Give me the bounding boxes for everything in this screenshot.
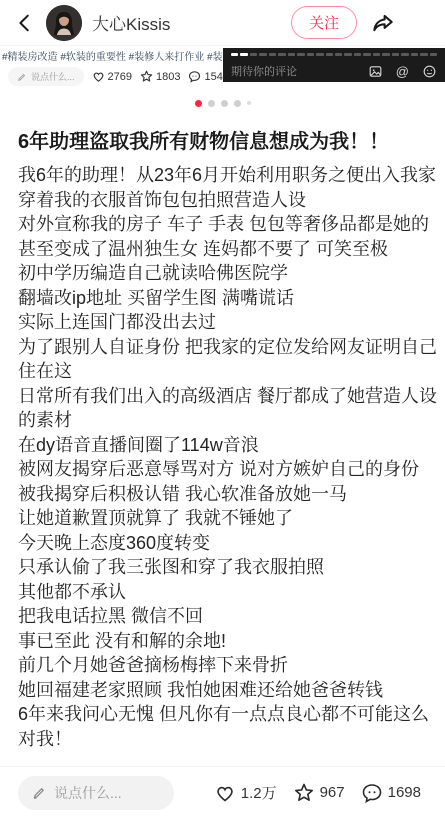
progress-segment — [411, 53, 418, 56]
pencil-icon — [17, 72, 27, 82]
post-text-line: 只承认偷了我三张图和穿了我衣服拍照 — [18, 555, 427, 580]
like-count: 1.2万 — [241, 782, 277, 803]
pencil-icon — [32, 785, 47, 800]
post-text-line: 我6年的助理！从23年6月开始利用职务之便出入我家 — [18, 163, 427, 188]
back-button[interactable] — [12, 10, 38, 36]
post-text-line: 她回福建老家照顾 我怕她困难还给她爸爸转钱 — [18, 678, 427, 703]
comment-bubble-icon — [360, 781, 384, 805]
carousel-dot — [208, 100, 215, 107]
progress-segment — [240, 53, 247, 56]
mini-collect-button[interactable]: 1803 — [139, 69, 180, 84]
progress-segment — [231, 53, 238, 56]
mini-comment-count: 154 — [204, 71, 222, 83]
post-text-line: 穿着我的衣服首饰包包拍照营造人设 — [18, 188, 427, 213]
progress-segment — [250, 53, 257, 56]
comment-bubble-icon — [187, 69, 202, 84]
progress-segment — [297, 53, 304, 56]
star-icon — [292, 781, 316, 805]
post-text-line: 被我揭穿后积极认错 我心软准备放她一马 — [18, 482, 427, 507]
comments-button[interactable]: 1698 — [360, 781, 421, 805]
mini-like-button[interactable]: 2769 — [91, 69, 132, 84]
preview-strip: #精装房改造 #软装的重要性 #装修人来打作业 #装修前后 说点什么... 27… — [0, 46, 445, 92]
like-button[interactable]: 1.2万 — [213, 781, 277, 805]
progress-segment — [420, 53, 427, 56]
post-text-line: 其他都不承认 — [18, 580, 427, 605]
chevron-left-icon — [14, 12, 36, 34]
overlay-comment-row: 期待你的评论 @ — [231, 63, 437, 79]
collect-count: 967 — [320, 784, 345, 801]
mini-collect-count: 1803 — [156, 71, 180, 83]
top-bar: 大心Kissis 关注 — [0, 0, 445, 46]
post-text-line: 翻墙改ip地址 买留学生图 满嘴谎话 — [18, 286, 427, 311]
post-body: 我6年的助理！从23年6月开始利用职务之便出入我家穿着我的衣服首饰包包拍照营造人… — [18, 163, 427, 751]
carousel-page-dots — [0, 92, 445, 114]
post-title: 6年助理盗取我所有财物信息想成为我！！ — [18, 129, 427, 155]
mention-at-icon[interactable]: @ — [396, 65, 409, 78]
post-text-line: 事已至此 没有和解的余地! — [18, 629, 427, 654]
carousel-dot — [195, 100, 202, 107]
post-text-line: 前几个月她爸爸摘杨梅摔下来骨折 — [18, 653, 427, 678]
post-text-line: 在dy语音直播间圈了114w音浪 — [18, 433, 427, 458]
progress-segment — [316, 53, 323, 56]
progress-segment — [382, 53, 389, 56]
user-name[interactable]: 大心Kissis — [92, 10, 170, 35]
carousel-dot — [234, 100, 241, 107]
image-icon[interactable] — [368, 64, 383, 79]
post-text-line: 把我电话拉黑 微信不回 — [18, 604, 427, 629]
progress-segment — [307, 53, 314, 56]
post-content: 6年助理盗取我所有财物信息想成为我！！ 我6年的助理！从23年6月开始利用职务之… — [0, 114, 445, 766]
mini-comment-button[interactable]: 154 — [187, 69, 222, 84]
progress-segment — [344, 53, 351, 56]
progress-segment — [269, 53, 276, 56]
mini-engagement-bar: 说点什么... 2769 1803 154 — [0, 63, 223, 86]
post-text-line: 被网友揭穿后恶意辱骂对方 说对方嫉妒自己的身份 — [18, 457, 427, 482]
hashtags[interactable]: #精装房改造 #软装的重要性 #装修人来打作业 #装修前后 — [0, 46, 223, 63]
post-text-line: 6年来我问心无愧 但凡你有一点点良心都不可能这么 — [18, 702, 427, 727]
post-text-line: 的素材 — [18, 408, 427, 433]
avatar[interactable] — [46, 5, 82, 41]
progress-segment — [335, 53, 342, 56]
post-text-line: 住在这 — [18, 359, 427, 384]
post-text-line: 让她道歉置顶就算了 我就不锤她了 — [18, 506, 427, 531]
heart-icon — [91, 69, 106, 84]
star-icon — [139, 69, 154, 84]
progress-segment — [363, 53, 370, 56]
progress-segment — [354, 53, 361, 56]
overlay-icons: @ — [368, 64, 437, 79]
progress-segment — [326, 53, 333, 56]
post-text-line: 实际上连国门都没出去过 — [18, 310, 427, 335]
video-progress-bar[interactable] — [231, 53, 437, 56]
bottom-action-bar: 说点什么... 1.2万 967 1698 — [0, 766, 445, 824]
mini-comment-input[interactable]: 说点什么... — [8, 67, 84, 86]
post-text-line: 初中学历编造自己就读哈佛医院学 — [18, 261, 427, 286]
progress-segment — [430, 53, 437, 56]
comment-input[interactable]: 说点什么... — [18, 776, 174, 810]
collect-button[interactable]: 967 — [292, 781, 345, 805]
carousel-dot — [221, 100, 228, 107]
media-comment-overlay: 期待你的评论 @ — [223, 48, 445, 82]
mini-like-count: 2769 — [108, 71, 132, 83]
overlay-comment-input[interactable]: 期待你的评论 — [231, 63, 368, 79]
emoji-smiley-icon[interactable] — [422, 64, 437, 79]
progress-segment — [392, 53, 399, 56]
post-text-line: 对我！ — [18, 727, 427, 752]
follow-button[interactable]: 关注 — [291, 6, 357, 39]
progress-segment — [288, 53, 295, 56]
progress-segment — [401, 53, 408, 56]
post-text-line: 日常所有我们出入的高级酒店 餐厅都成了她营造人设 — [18, 384, 427, 409]
heart-icon — [213, 781, 237, 805]
progress-segment — [259, 53, 266, 56]
post-text-line: 甚至变成了温州独生女 连妈都不要了 可笑至极 — [18, 237, 427, 262]
preview-strip-left: #精装房改造 #软装的重要性 #装修人来打作业 #装修前后 说点什么... 27… — [0, 46, 223, 92]
post-text-line: 对外宣称我的房子 车子 手表 包包等奢侈品都是她的 — [18, 212, 427, 237]
share-arrow-icon — [370, 10, 396, 36]
progress-segment — [278, 53, 285, 56]
mini-comment-placeholder: 说点什么... — [31, 70, 75, 83]
share-button[interactable] — [369, 9, 397, 37]
comments-count: 1698 — [388, 784, 421, 801]
carousel-dot — [247, 101, 251, 105]
bottom-actions: 1.2万 967 1698 — [213, 781, 421, 805]
post-text-line: 为了跟别人自证身份 把我家的定位发给网友证明自己 — [18, 335, 427, 360]
post-text-line: 今天晚上态度360度转变 — [18, 531, 427, 556]
comment-placeholder: 说点什么... — [54, 783, 122, 803]
progress-segment — [373, 53, 380, 56]
